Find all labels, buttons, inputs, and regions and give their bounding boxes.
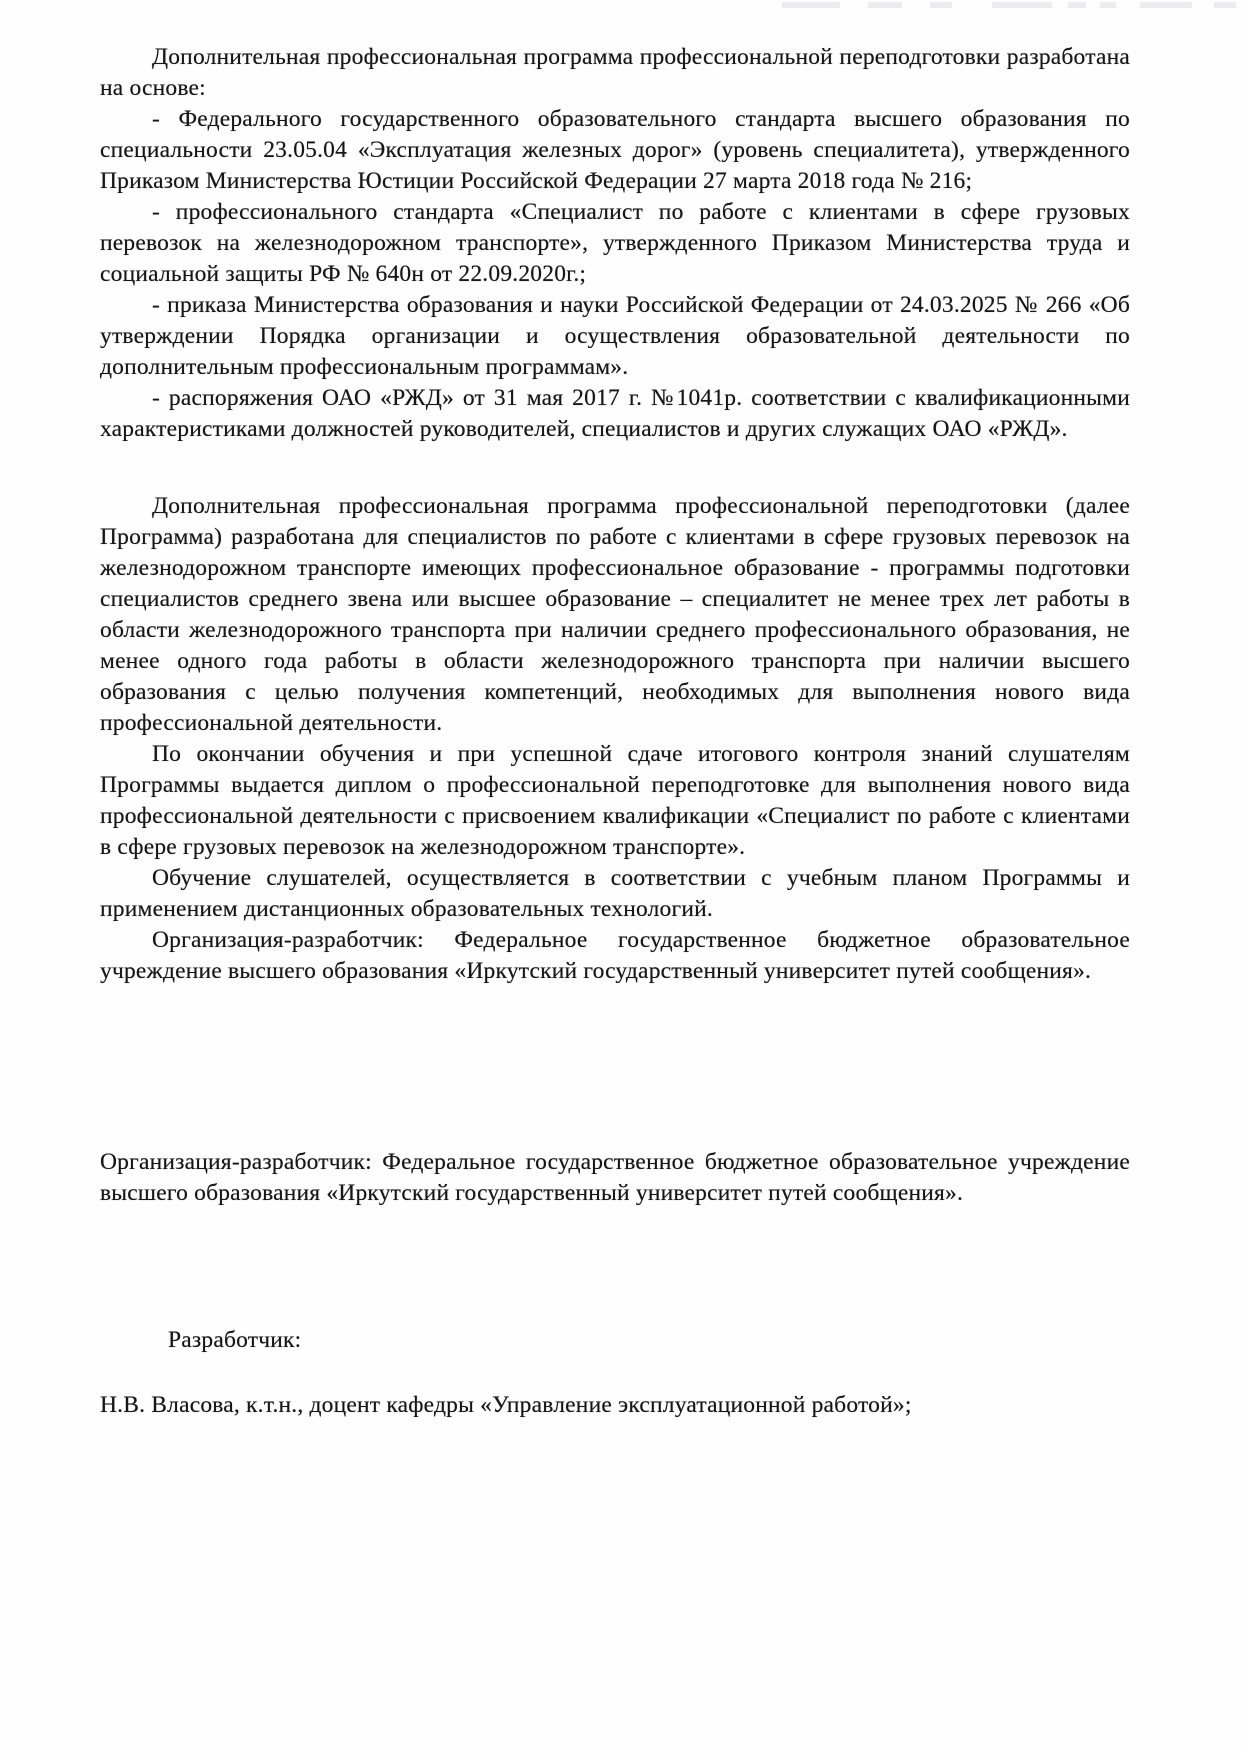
scan-artifact-mark [868, 2, 902, 8]
scan-artifact-mark [1068, 2, 1086, 8]
paragraph-diploma-award: По окончании обучения и при успешной сда… [100, 739, 1130, 863]
scan-artifact-mark [930, 2, 952, 8]
paragraph-basis-intro: Дополнительная профессиональная программ… [100, 42, 1130, 104]
scan-artifact-mark [782, 2, 840, 8]
paragraph-developer-organization-repeat: Организация-разработчик: Федеральное гос… [100, 1147, 1130, 1209]
paragraph-rzhd-directive: - распоряжения ОАО «РЖД» от 31 мая 2017 … [100, 383, 1130, 445]
scan-artifact-mark [1100, 2, 1116, 8]
paragraph-minobr-order: - приказа Министерства образования и нау… [100, 290, 1130, 383]
document-page: Дополнительная профессиональная программ… [0, 0, 1242, 1755]
scan-artifact-mark [992, 2, 1052, 8]
paragraph-fgos-standard: - Федерального государственного образова… [100, 104, 1130, 197]
paragraph-developer-organization: Организация-разработчик: Федеральное гос… [100, 925, 1130, 987]
paragraph-prof-standard: - профессионального стандарта «Специалис… [100, 197, 1130, 290]
paragraph-program-description: Дополнительная профессиональная программ… [100, 491, 1130, 739]
scan-artifact-mark [1214, 2, 1236, 8]
scan-artifact [0, 0, 1242, 14]
scan-artifact-mark [1140, 2, 1192, 8]
document-body: Дополнительная профессиональная программ… [100, 42, 1130, 1421]
paragraph-developer-person: Н.В. Власова, к.т.н., доцент кафедры «Уп… [100, 1390, 1130, 1421]
label-developer: Разработчик: [100, 1325, 1130, 1356]
paragraph-training-format: Обучение слушателей, осуществляется в со… [100, 863, 1130, 925]
